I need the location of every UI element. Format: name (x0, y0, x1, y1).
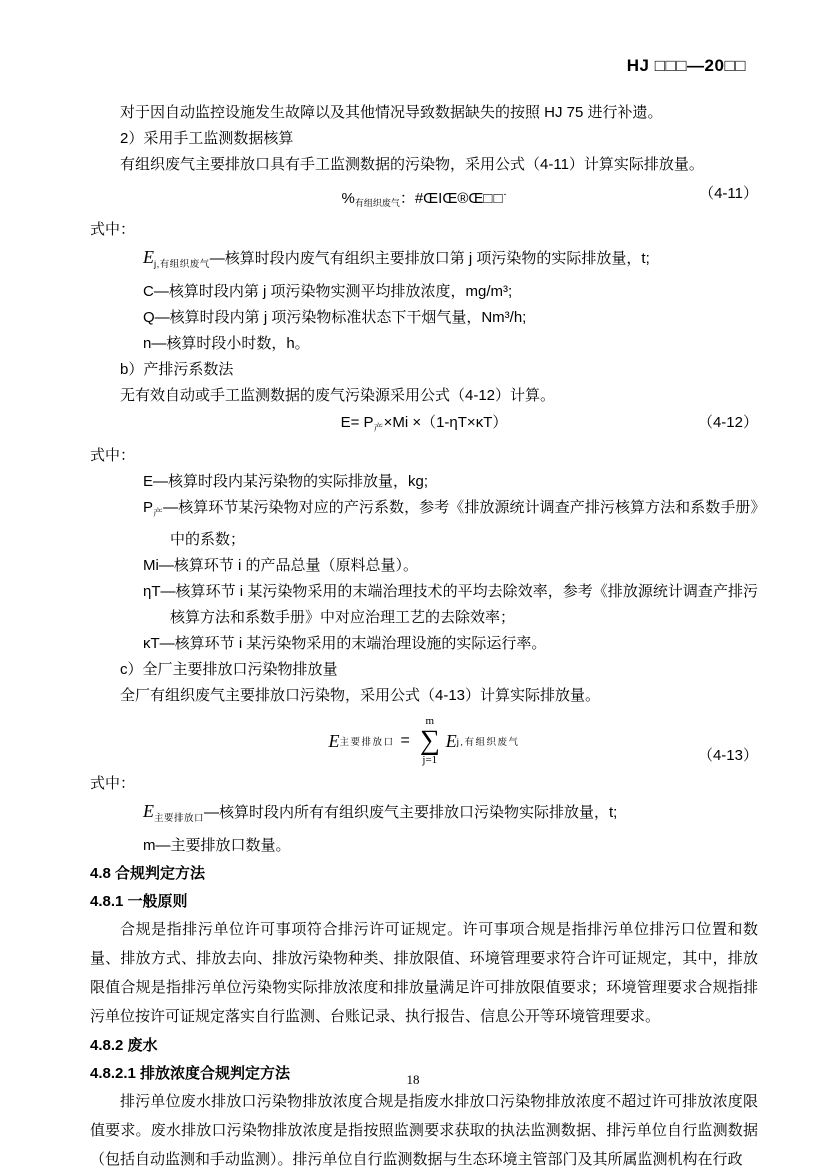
symbol-p: P (143, 499, 153, 516)
definition-q: Q—核算时段内第 j 项污染物标准状态下干烟气量，Nm³/h; (90, 305, 758, 331)
definition-mi: Mi—核算环节 i 的产品总量（原料总量）。 (90, 553, 758, 579)
formula-4-11-boxes: □□ (483, 190, 503, 207)
paragraph-allplant: 全厂有组织废气主要排放口污染物，采用公式（4-13）计算实际排放量。 (90, 683, 758, 709)
symbol-e: E (143, 247, 154, 267)
list-item-b: b）产排污系数法 (90, 357, 758, 383)
definition-e2: E—核算时段内某污染物的实际排放量，kg; (90, 469, 758, 495)
section-heading-4-8: 4.8 合规判定方法 (90, 861, 758, 887)
section-heading-4-8-1: 4.8.1 一般原则 (90, 889, 758, 915)
definition-eta-t: ηT—核算环节 i 某污染物采用的末端治理技术的平均去除效率，参考《排放源统计调… (90, 579, 758, 631)
formula-4-12: E= P产×Mi ×（1-ηT×κT） （4-12） (90, 409, 758, 443)
paragraph-general-principles: 合规是指排污单位许可事项符合排污许可证规定。许可事项合规是指排污单位排污口位置和… (90, 915, 758, 1031)
list-item-c: c）全厂主要排放口污染物排放量 (90, 657, 758, 683)
definition-text: —核算环节某污染物对应的产污系数，参考《排放源统计调查产排污核算方法和系数手册》… (163, 499, 758, 548)
symbol-p-subscript: 产 (153, 508, 163, 519)
definition-kappa-t: κT—核算环节 i 某污染物采用的末端治理设施的实际运行率。 (90, 631, 758, 657)
document-content: 对于因自动监控设施发生故障以及其他情况导致数据缺失的按照 HJ 75 进行补遗。… (90, 100, 758, 1169)
symbol-e: E (143, 801, 154, 821)
page-number: 18 (0, 1072, 826, 1088)
definition-m: m—主要排放口数量。 (90, 833, 758, 859)
definition-e-main-outlet: E主要排放口—核算时段内所有有组织废气主要排放口污染物实际排放量，t; (90, 797, 758, 833)
definition-text: —核算时段内所有有组织废气主要排放口污染物实际排放量，t; (204, 804, 617, 821)
sigma-icon: ∑ (420, 727, 440, 755)
formula-4-11-rhs: ：#ŒIŒ®Œ (400, 190, 484, 207)
definition-text: —核算时段内废气有组织主要排放口第 j 项污染物的实际排放量，t; (210, 250, 650, 267)
equation-number-4-12: （4-12） (698, 409, 758, 437)
formula-4-11-lhs-subscript: 有组织废气 (355, 198, 400, 208)
where-label-3: 式中： (90, 771, 758, 797)
definition-c: C—核算时段内第 j 项污染物实测平均排放浓度，mg/m³; (90, 279, 758, 305)
definition-n: n—核算时段小时数，h。 (90, 331, 758, 357)
summation-symbol: m ∑ j=1 (420, 716, 440, 766)
formula-4-12-subscript: 产 (374, 423, 384, 434)
formula-4-11-superscript: - (504, 189, 507, 199)
doc-code-header: HJ □□□—20□□ (627, 56, 746, 76)
symbol-e-subscript: j,有组织废气 (154, 259, 210, 270)
formula-4-13-rhs-subscript: j,有组织废气 (457, 734, 520, 748)
paragraph-wastewater-concentration: 排污单位废水排放口污染物排放浓度合规是指废水排放口污染物排放浓度不超过许可排放浓… (90, 1087, 758, 1169)
list-item-2: 2）采用手工监测数据核算 (90, 126, 758, 152)
equation-number-4-11: （4-11） (699, 180, 758, 208)
symbol-e-subscript: 主要排放口 (154, 813, 204, 824)
formula-4-13-rhs-symbol: E (446, 731, 457, 752)
formula-4-12-rhs: ×Mi ×（1-ηT×κT） (384, 414, 508, 431)
document-page: HJ □□□—20□□ 对于因自动监控设施发生故障以及其他情况导致数据缺失的按照… (0, 0, 826, 1169)
where-label-1: 式中： (90, 217, 758, 243)
formula-4-12-lhs: E= P (341, 414, 374, 431)
paragraph-coefficient-method: 无有效自动或手工监测数据的废气污染源采用公式（4-12）计算。 (90, 383, 758, 409)
section-heading-4-8-2: 4.8.2 废水 (90, 1033, 758, 1059)
paragraph-data-gap: 对于因自动监控设施发生故障以及其他情况导致数据缺失的按照 HJ 75 进行补遗。 (90, 100, 758, 126)
equation-number-4-13: （4-13） (698, 744, 758, 765)
formula-4-13-lhs-symbol: E (328, 731, 339, 752)
definition-e-organized: Ej,有组织废气—核算时段内废气有组织主要排放口第 j 项污染物的实际排放量，t… (90, 243, 758, 279)
definition-p: P产—核算环节某污染物对应的产污系数，参考《排放源统计调查产排污核算方法和系数手… (90, 495, 758, 553)
formula-4-13-lhs-subscript: 主要排放口 (339, 734, 394, 748)
where-label-2: 式中： (90, 443, 758, 469)
formula-4-11-lhs: % (341, 190, 354, 207)
paragraph-manual-monitoring: 有组织废气主要排放口具有手工监测数据的污染物，采用公式（4-11）计算实际排放量… (90, 152, 758, 178)
sum-lower-limit: j=1 (422, 755, 437, 766)
equals-sign: = (400, 732, 409, 750)
formula-4-13: E主要排放口 = m ∑ j=1 Ej,有组织废气 （4-13） (90, 711, 758, 771)
formula-4-11: %有组织废气：#ŒIŒ®Œ□□- （4-11） (90, 180, 758, 217)
